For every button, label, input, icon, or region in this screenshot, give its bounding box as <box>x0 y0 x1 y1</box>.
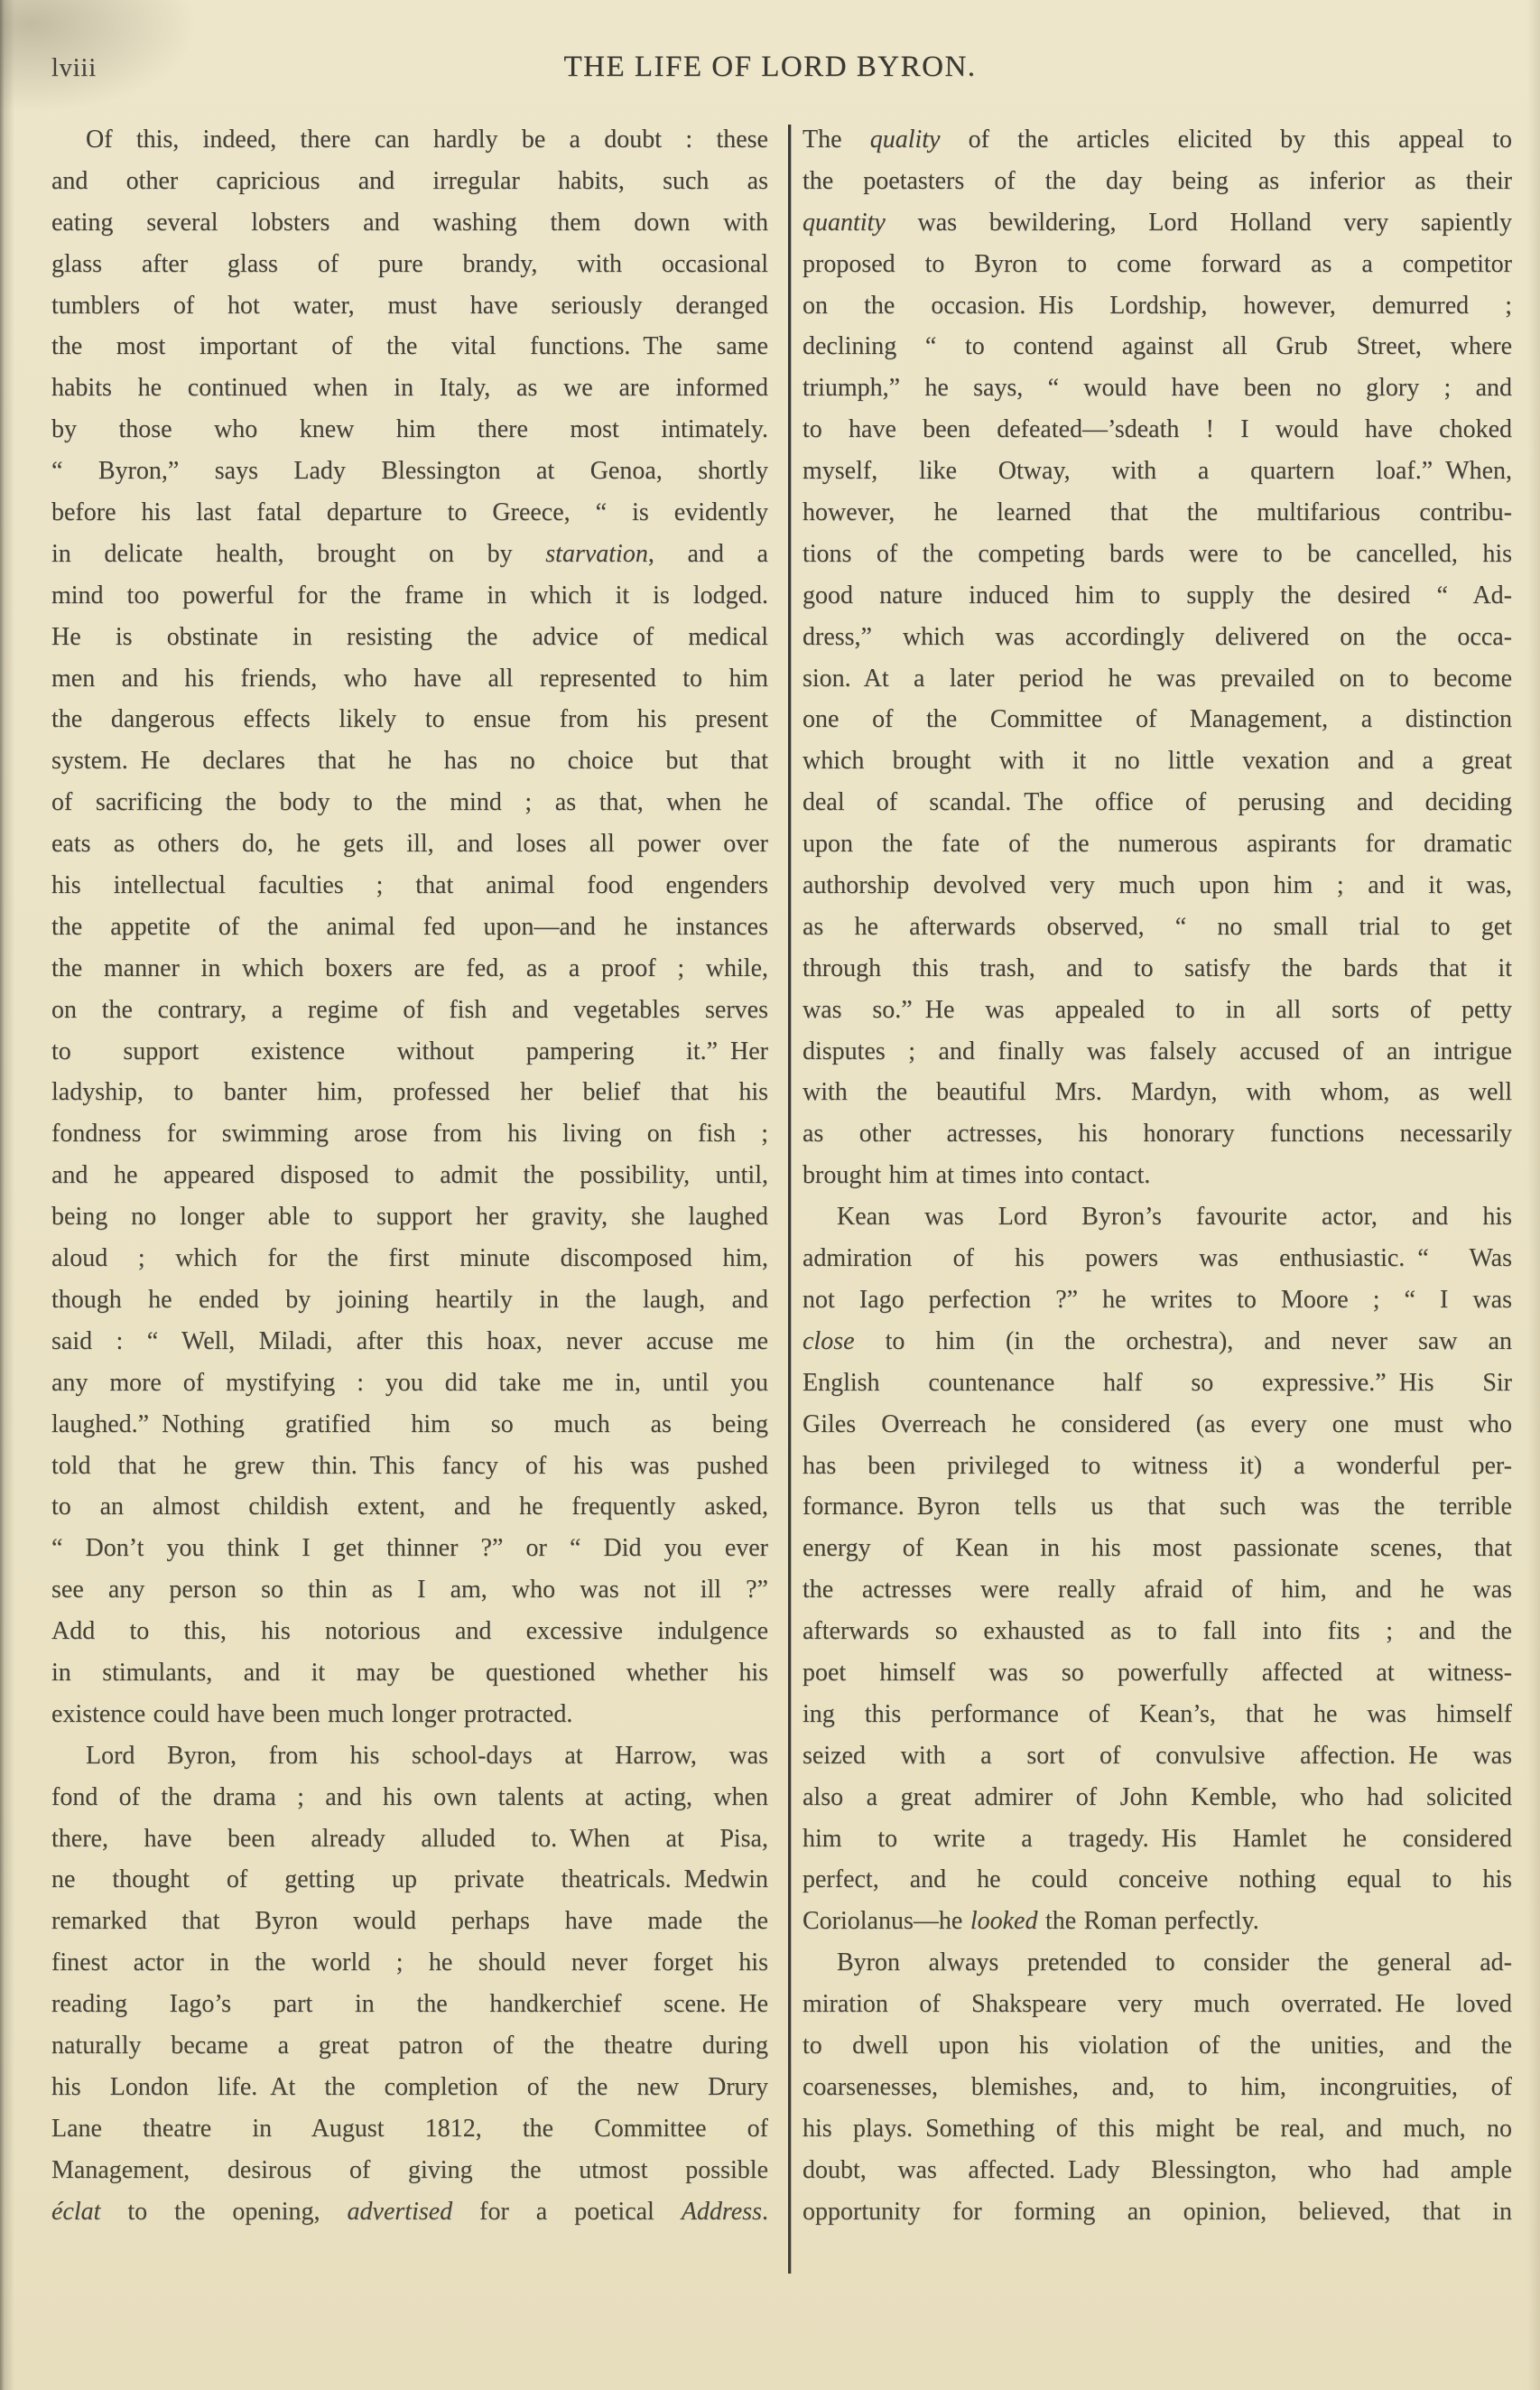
text-line: Kean was Lord Byron’s favourite actor, a… <box>802 1196 1512 1238</box>
text-line: which brought with it no little vexation… <box>802 740 1512 782</box>
text-line: his intellectual faculties ; that animal… <box>51 865 768 907</box>
text-line: of sacrificing the body to the mind ; as… <box>51 782 768 823</box>
text-line: by those who knew him there most intimat… <box>51 409 768 451</box>
text-line: the poetasters of the day being as infer… <box>802 161 1512 202</box>
text-line: there, have been already alluded to. Whe… <box>51 1818 768 1860</box>
text-line: and other capricious and irregular habit… <box>51 161 768 202</box>
text-line: myself, like Otway, with a quartern loaf… <box>802 451 1512 492</box>
text-line: Coriolanus—he looked the Roman perfectly… <box>802 1901 1512 1942</box>
text-line: to support existence without pampering i… <box>51 1031 768 1073</box>
text-line: in stimulants, and it may be questioned … <box>51 1652 768 1694</box>
text-line: upon the fate of the numerous aspirants … <box>802 823 1512 865</box>
text-line: as other actresses, his honorary functio… <box>802 1113 1512 1155</box>
text-line: Lane theatre in August 1812, the Committ… <box>51 2108 768 2150</box>
text-line: his plays. Something of this might be re… <box>802 2108 1512 2150</box>
text-line: deal of scandal. The office of perusing … <box>802 782 1512 823</box>
text-line: however, he learned that the multifariou… <box>802 492 1512 534</box>
text-line: disputes ; and finally was falsely accus… <box>802 1031 1512 1073</box>
text-line: quantity was bewildering, Lord Holland v… <box>802 202 1512 244</box>
text-line: poet himself was so powerfully affected … <box>802 1652 1512 1694</box>
text-line: see any person so thin as I am, who was … <box>51 1569 768 1611</box>
text-line: doubt, was affected. Lady Blessington, w… <box>802 2150 1512 2191</box>
text-line: the actresses were really afraid of him,… <box>802 1569 1512 1611</box>
text-line: before his last fatal departure to Greec… <box>51 492 768 534</box>
text-line: declining “ to contend against all Grub … <box>802 326 1512 367</box>
text-line: English countenance half so expressive.”… <box>802 1362 1512 1404</box>
text-line: Of this, indeed, there can hardly be a d… <box>51 119 768 161</box>
text-line: close to him (in the orchestra), and nev… <box>802 1321 1512 1362</box>
text-line: the appetite of the animal fed upon—and … <box>51 907 768 948</box>
text-line: said : “ Well, Miladi, after this hoax, … <box>51 1321 768 1362</box>
text-line: tions of the competing bards were to be … <box>802 534 1512 575</box>
running-title: THE LIFE OF LORD BYRON. <box>0 52 1540 82</box>
text-line: with the beautiful Mrs. Mardyn, with who… <box>802 1072 1512 1113</box>
text-line: mind too powerful for the frame in which… <box>51 575 768 617</box>
text-line: through this trash, and to satisfy the b… <box>802 948 1512 990</box>
text-line: reading Iago’s part in the handkerchief … <box>51 1984 768 2025</box>
text-line: sion. At a later period he was prevailed… <box>802 658 1512 700</box>
text-line: naturally became a great patron of the t… <box>51 2025 768 2067</box>
text-line: was so.” He was appealed to in all sorts… <box>802 990 1512 1031</box>
text-line: not Iago perfection ?” he writes to Moor… <box>802 1279 1512 1321</box>
text-line: habits he continued when in Italy, as we… <box>51 367 768 409</box>
text-line: perfect, and he could conceive nothing e… <box>802 1859 1512 1901</box>
right-text-column: The quality of the articles elicited by … <box>802 119 1512 2232</box>
text-line: laughed.” Nothing gratified him so much … <box>51 1404 768 1446</box>
text-line: afterwards so exhausted as to fall into … <box>802 1611 1512 1652</box>
text-line: opportunity for forming an opinion, beli… <box>802 2191 1512 2233</box>
text-line: remarked that Byron would perhaps have m… <box>51 1901 768 1942</box>
text-line: existence could have been much longer pr… <box>51 1694 768 1735</box>
text-line: Lord Byron, from his school-days at Harr… <box>51 1735 768 1777</box>
text-line: to an almost childish extent, and he fre… <box>51 1486 768 1528</box>
text-line: being no longer able to support her grav… <box>51 1196 768 1238</box>
text-line: his London life. At the completion of th… <box>51 2067 768 2108</box>
text-line: has been privileged to witness it) a won… <box>802 1446 1512 1487</box>
text-line: triumph,” he says, “ would have been no … <box>802 367 1512 409</box>
text-line: The quality of the articles elicited by … <box>802 119 1512 161</box>
column-divider-rule <box>788 125 791 2274</box>
text-line: dress,” which was accordingly delivered … <box>802 617 1512 658</box>
text-line: formance. Byron tells us that such was t… <box>802 1486 1512 1528</box>
text-line: fond of the drama ; and his own talents … <box>51 1777 768 1818</box>
text-line: the dangerous effects likely to ensue fr… <box>51 699 768 740</box>
text-line: told that he grew thin. This fancy of hi… <box>51 1446 768 1487</box>
text-line: to dwell upon his violation of the uniti… <box>802 2025 1512 2067</box>
text-line: miration of Shakspeare very much overrat… <box>802 1984 1512 2025</box>
text-line: aloud ; which for the first minute disco… <box>51 1238 768 1279</box>
text-line: as he afterwards observed, “ no small tr… <box>802 907 1512 948</box>
text-line: proposed to Byron to come forward as a c… <box>802 244 1512 285</box>
text-line: glass after glass of pure brandy, with o… <box>51 244 768 285</box>
text-line: Management, desirous of giving the utmos… <box>51 2150 768 2191</box>
text-line: the most important of the vital function… <box>51 326 768 367</box>
text-line: “ Don’t you think I get thinner ?” or “ … <box>51 1528 768 1569</box>
text-line: fondness for swimming arose from his liv… <box>51 1113 768 1155</box>
text-line: on the contrary, a regime of fish and ve… <box>51 990 768 1031</box>
text-line: brought him at times into contact. <box>802 1155 1512 1196</box>
text-line: ing this performance of Kean’s, that he … <box>802 1694 1512 1735</box>
text-line: Byron always pretended to consider the g… <box>802 1942 1512 1984</box>
text-line: also a great admirer of John Kemble, who… <box>802 1777 1512 1818</box>
text-line: to have been defeated—’sdeath ! I would … <box>802 409 1512 451</box>
text-line: authorship devolved very much upon him ;… <box>802 865 1512 907</box>
text-line: him to write a tragedy. His Hamlet he co… <box>802 1818 1512 1860</box>
text-line: any more of mystifying : you did take me… <box>51 1362 768 1404</box>
text-line: ladyship, to banter him, professed her b… <box>51 1072 768 1113</box>
text-line: energy of Kean in his most passionate sc… <box>802 1528 1512 1569</box>
text-line: “ Byron,” says Lady Blessington at Genoa… <box>51 451 768 492</box>
text-line: in delicate health, brought on by starva… <box>51 534 768 575</box>
text-line: seized with a sort of convulsive affecti… <box>802 1735 1512 1777</box>
text-line: system. He declares that he has no choic… <box>51 740 768 782</box>
left-text-column: Of this, indeed, there can hardly be a d… <box>51 119 768 2232</box>
text-line: finest actor in the world ; he should ne… <box>51 1942 768 1984</box>
text-line: on the occasion. His Lordship, however, … <box>802 285 1512 327</box>
text-line: Add to this, his notorious and excessive… <box>51 1611 768 1652</box>
text-line: coarsenesses, blemishes, and, to him, in… <box>802 2067 1512 2108</box>
text-line: the manner in which boxers are fed, as a… <box>51 948 768 990</box>
text-line: one of the Committee of Management, a di… <box>802 699 1512 740</box>
text-line: admiration of his powers was enthusiasti… <box>802 1238 1512 1279</box>
text-line: though he ended by joining heartily in t… <box>51 1279 768 1321</box>
text-line: tumblers of hot water, must have serious… <box>51 285 768 327</box>
text-line: eats as others do, he gets ill, and lose… <box>51 823 768 865</box>
text-line: men and his friends, who have all repres… <box>51 658 768 700</box>
text-line: Giles Overreach he considered (as every … <box>802 1404 1512 1446</box>
text-line: good nature induced him to supply the de… <box>802 575 1512 617</box>
text-line: He is obstinate in resisting the advice … <box>51 617 768 658</box>
book-page: lviii THE LIFE OF LORD BYRON. Of this, i… <box>0 0 1540 2390</box>
text-line: ne thought of getting up private theatri… <box>51 1859 768 1901</box>
text-line: éclat to the opening, advertised for a p… <box>51 2191 768 2233</box>
text-line: and he appeared disposed to admit the po… <box>51 1155 768 1196</box>
text-line: eating several lobsters and washing them… <box>51 202 768 244</box>
